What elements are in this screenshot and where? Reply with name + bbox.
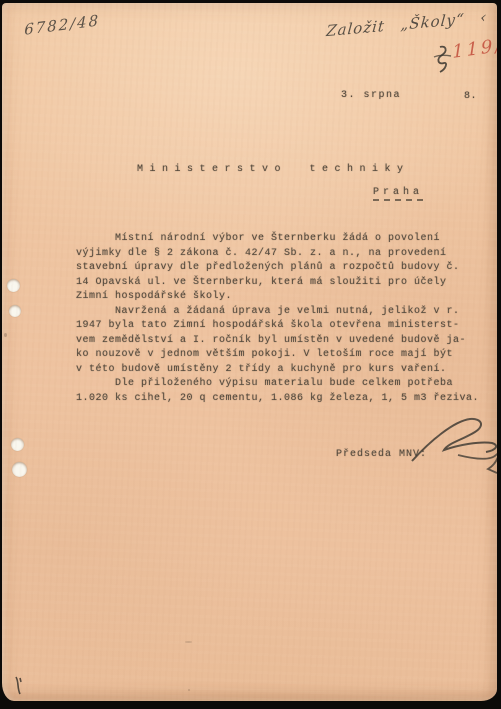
- recipient-ministry: Ministerstvo techniky: [137, 164, 410, 175]
- dirt-speck: [185, 641, 192, 643]
- signature-icon: [398, 409, 497, 479]
- date: 3. srpna: [341, 90, 401, 101]
- pen-tick-icon: [12, 675, 26, 699]
- filing-annotation: Založit „Školy“ ‹: [326, 8, 489, 40]
- red-registry-number: 119/: [452, 32, 497, 63]
- letter-body: Místní národní výbor ve Šternberku žádá …: [76, 232, 479, 406]
- paper-sheet: 6782/48 Založit „Školy“ ‹ 119/ 3. srpna …: [2, 3, 497, 701]
- punch-hole: [9, 305, 21, 317]
- dirt-speck: [4, 333, 7, 337]
- punch-hole: [11, 438, 24, 451]
- date-number: 8.: [464, 91, 477, 102]
- reference-number: 6782/48: [24, 11, 100, 38]
- punch-hole: [7, 279, 20, 292]
- scanned-letter: 6782/48 Založit „Školy“ ‹ 119/ 3. srpna …: [0, 0, 501, 709]
- dirt-speck: [188, 689, 190, 691]
- recipient-city: Praha: [373, 187, 423, 201]
- punch-hole: [12, 462, 27, 477]
- letter-body-text: Místní národní výbor ve Šternberku žádá …: [76, 232, 479, 406]
